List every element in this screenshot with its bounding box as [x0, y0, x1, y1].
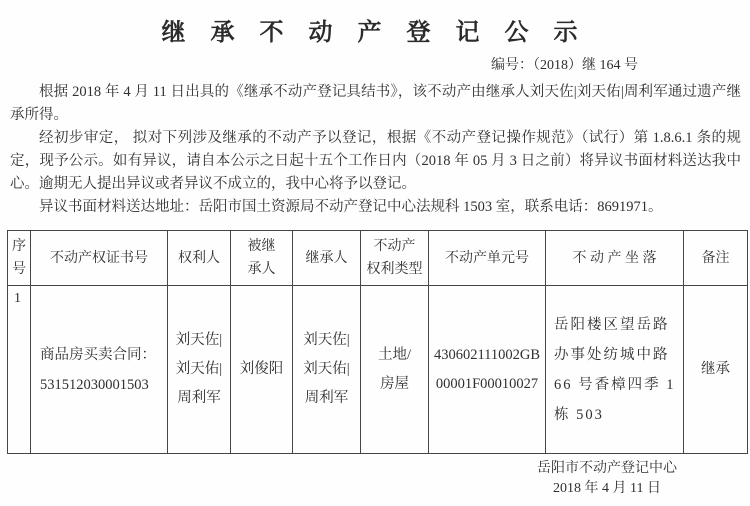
cell-right-holder: 刘天佐| 刘天佑| 周利军: [168, 286, 231, 454]
table-header-row: 序 号 不动产权证书号 权利人 被继 承人 继承人 不动产 权利类型 不动产单元…: [8, 231, 748, 286]
header-right-holder: 权利人: [168, 231, 231, 286]
header-heir: 继承人: [293, 231, 361, 286]
cell-location: 岳阳楼区望岳路办事处纺城中路 66 号香樟四季 1 栋 503: [546, 286, 684, 454]
cell-unit-no: 430602111002GB 00001F00010027: [429, 286, 546, 454]
cell-seq: 1: [8, 286, 31, 454]
cell-remark: 继承: [684, 286, 748, 454]
cell-right-type: 土地/ 房屋: [361, 286, 429, 454]
header-cert-no: 不动产权证书号: [31, 231, 168, 286]
table-row: 1 商品房买卖合同： 531512030001503 刘天佐| 刘天佑| 周利军…: [8, 286, 748, 454]
header-right-type: 不动产 权利类型: [361, 231, 429, 286]
header-unit-no: 不动产单元号: [429, 231, 546, 286]
issue-date: 2018 年 4 月 11 日: [512, 479, 702, 499]
signature-block: 岳阳市不动产登记中心 2018 年 4 月 11 日: [512, 459, 702, 499]
paragraph-basis: 根据 2018 年 4 月 11 日出具的《继承不动产登记具结书》，该不动产由继…: [10, 81, 741, 127]
cell-decedent: 刘俊阳: [231, 286, 293, 454]
doc-number: 编号：（2018）继 164 号: [0, 54, 750, 74]
header-decedent: 被继 承人: [231, 231, 293, 286]
header-remark: 备注: [684, 231, 748, 286]
cell-heir: 刘天佐| 刘天佑| 周利军: [293, 286, 361, 454]
header-seq: 序 号: [8, 231, 31, 286]
property-registration-table: 序 号 不动产权证书号 权利人 被继 承人 继承人 不动产 权利类型 不动产单元…: [7, 230, 748, 454]
paragraph-contact-address: 异议书面材料送达地址：岳阳市国土资源局不动产登记中心法规科 1503 室，联系电…: [10, 196, 741, 219]
cell-cert-no: 商品房买卖合同： 531512030001503: [31, 286, 168, 454]
notice-document-page: 继承不动产登记公示 编号：（2018）继 164 号 根据 2018 年 4 月…: [0, 0, 750, 506]
page-title: 继承不动产登记公示: [0, 12, 750, 47]
issuing-org: 岳阳市不动产登记中心: [512, 459, 702, 479]
notice-body: 根据 2018 年 4 月 11 日出具的《继承不动产登记具结书》，该不动产由继…: [10, 81, 741, 219]
header-location: 不 动 产 坐 落: [546, 231, 684, 286]
paragraph-review-and-objection: 经初步审定， 拟对下列涉及继承的不动产予以登记，根据《不动产登记操作规范》（试行…: [10, 127, 741, 196]
